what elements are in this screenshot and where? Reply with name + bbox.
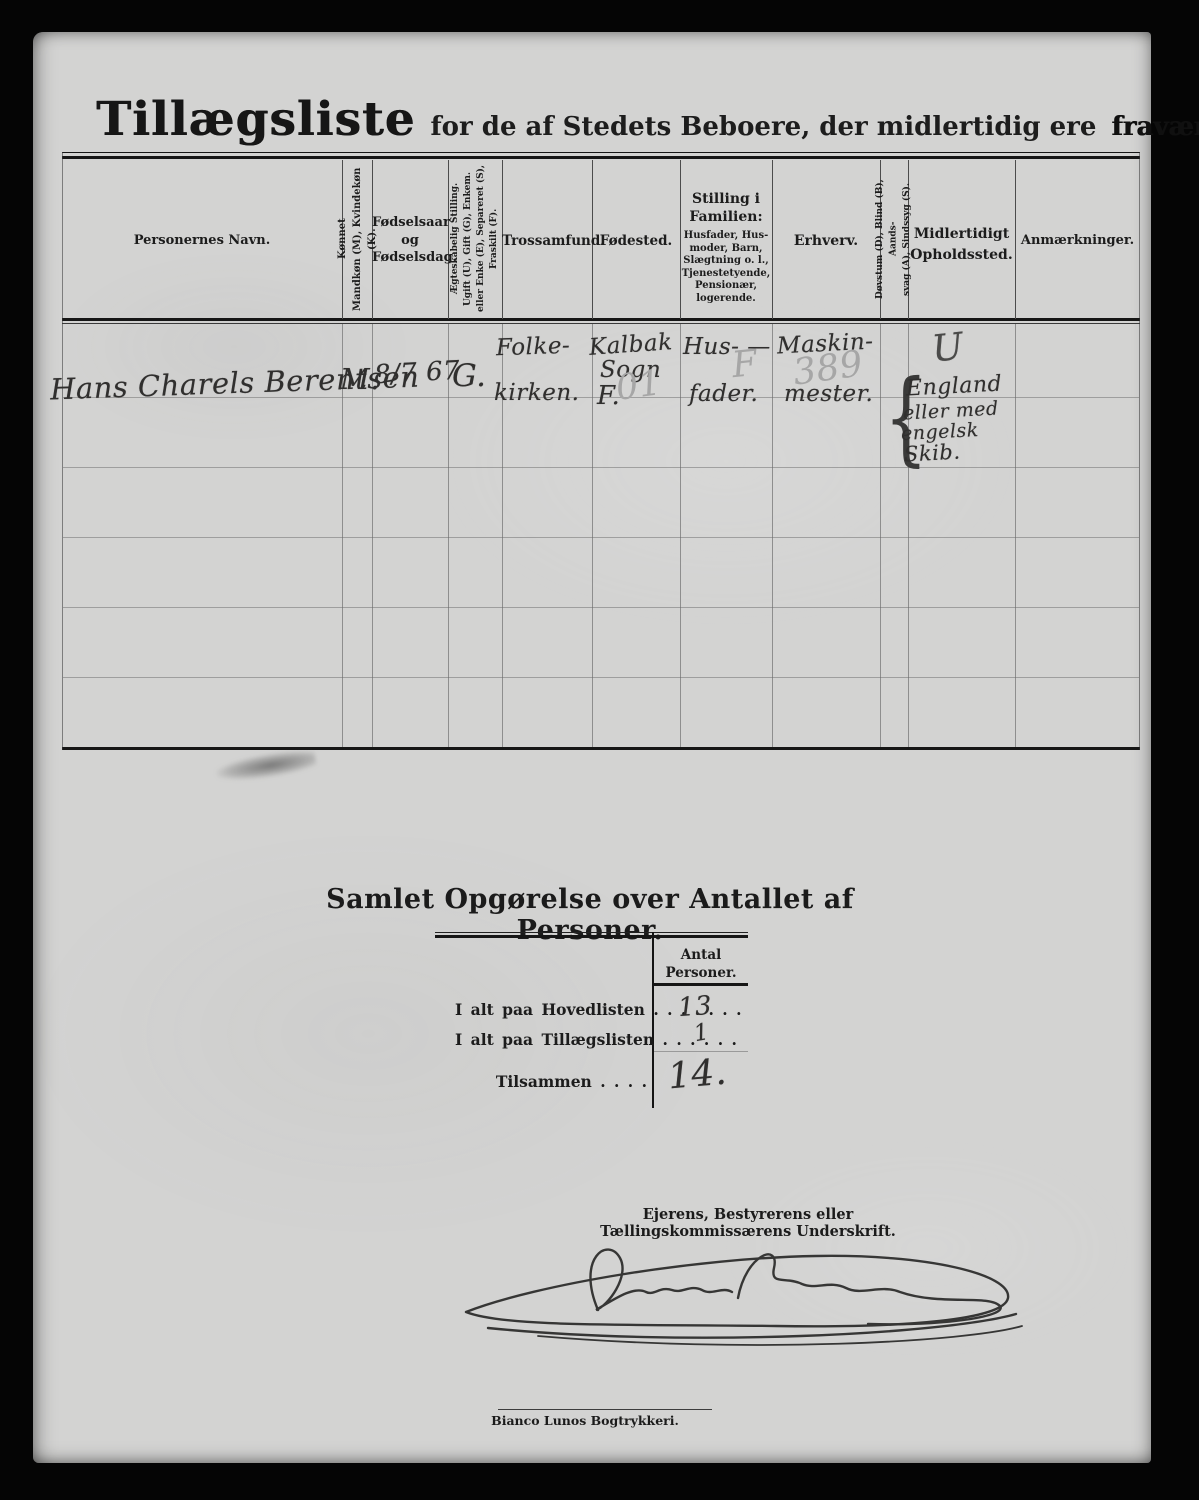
summary-row-label-tilsammen: Tilsammen . . . . — [435, 1072, 647, 1091]
column-header-religion: Trossamfund. — [502, 233, 592, 249]
page-subtitle: for de af Stedets Beboere, der midlertid… — [430, 112, 1096, 142]
entry-family-line1: Hus- — — [683, 334, 771, 360]
summary-row-value-hovedlisten: 13 — [677, 991, 713, 1023]
pencil-mark-family: F — [730, 343, 760, 386]
summary-sum-rule — [654, 1051, 748, 1052]
page-subtitle-emphasis: fraværende. — [1111, 112, 1199, 142]
column-divider — [772, 324, 773, 747]
signature — [448, 1228, 1028, 1346]
column-header-remarks: Anmærkninger. — [1015, 233, 1140, 248]
entry-whereabouts-line4: Skib. — [903, 440, 961, 467]
column-header-family-position: Stilling i Familien: — [680, 190, 772, 226]
ink-mark-whereabouts: U — [930, 324, 966, 370]
table-top-thick-rule — [62, 156, 1140, 159]
summary-header-rule — [654, 983, 748, 986]
pencil-mark-birthplace: 01 — [613, 363, 664, 409]
column-divider — [880, 324, 881, 747]
summary-row-value-tilsammen: 14. — [666, 1052, 728, 1098]
scanned-census-page: Tillægsliste for de af Stedets Beboere, … — [0, 0, 1199, 1500]
summary-top-thick-rule — [435, 935, 748, 938]
column-header-birthdate: Fødselsaar og Fødselsdag. — [372, 214, 448, 267]
column-header-occupation: Erhverv. — [772, 233, 880, 249]
printer-name: Bianco Lunos Bogtrykkeri. — [455, 1413, 715, 1428]
column-header-whereabouts: Midlertidigt Opholdssted. — [908, 224, 1015, 266]
row-line — [63, 677, 1139, 678]
printer-rule — [498, 1409, 712, 1410]
entry-religion-line2: kirken. — [494, 380, 579, 406]
page-title-row: Tillægsliste for de af Stedets Beboere, … — [96, 92, 1126, 147]
summary-col-header: Antal Personer. — [654, 946, 748, 982]
row-line — [63, 537, 1139, 538]
column-divider — [1015, 324, 1016, 747]
entry-marital: G. — [452, 358, 487, 394]
summary-top-thin-rule — [435, 932, 748, 933]
row-line — [63, 607, 1139, 608]
table-top-thin-rule — [62, 152, 1140, 153]
header-bottom-thick-rule — [62, 318, 1140, 321]
column-divider — [592, 324, 593, 747]
column-divider — [680, 324, 681, 747]
column-header-family-position-sub: Husfader, Hus- moder, Barn, Slægtning o.… — [680, 230, 772, 305]
page-title: Tillægsliste — [96, 92, 415, 147]
row-line — [63, 467, 1139, 468]
summary-row-label-tillaegslisten: I alt paa Tillægslisten . . . . . . — [455, 1030, 650, 1049]
column-header-sex: Kønnet Mandkøn (M), Kvindekøn (K). — [342, 162, 372, 316]
entry-family-line2: fader. — [689, 381, 758, 407]
column-header-birthplace: Fødested. — [592, 233, 680, 249]
column-divider — [448, 324, 449, 747]
entry-religion-line1: Folke- — [496, 333, 571, 362]
column-header-name: Personernes Navn. — [62, 233, 342, 248]
header-bottom-thin-rule — [62, 323, 1140, 324]
table-bottom-rule — [62, 747, 1140, 750]
column-header-disabilities: Døvstum (D), Blind (B), Aands- svag (A),… — [880, 162, 908, 316]
signature-stroke — [466, 1250, 1022, 1345]
summary-row-label-hovedlisten: I alt paa Hovedlisten . . . . . . . — [455, 1000, 650, 1019]
column-header-marital: Ægteskabelig Stilling. Ugift (U), Gift (… — [448, 162, 502, 316]
column-header-marital-label: Ægteskabelig Stilling. Ugift (U), Gift (… — [449, 165, 501, 312]
entry-birthdate: 8/7 67 — [373, 356, 461, 390]
